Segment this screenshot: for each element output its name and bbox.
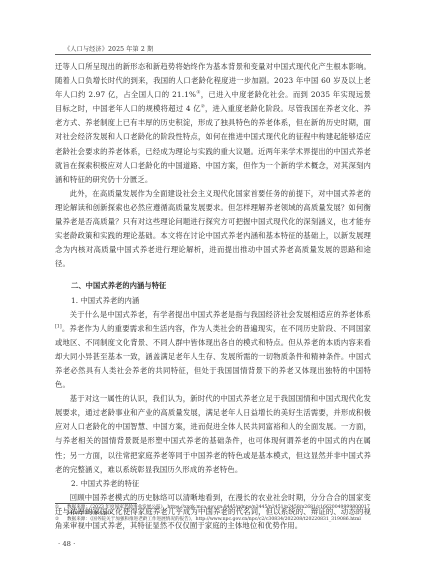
article-body: 迁等人口所呈现出的新形态和新趋势将始终作为基本背景和变量对中国式现代化产生根本影… [55,60,371,533]
paragraph-text: 。养老作为人的重要需求和生活内容，作为人类社会的普遍现实，在不同历史阶段、不同国… [55,324,371,389]
footnote-rule [55,503,137,504]
header-rule [55,54,371,55]
citation-ref-1[interactable]: [1] [55,324,62,329]
subsection-heading-1: 1. 中国式养老的内涵 [55,294,371,308]
paragraph: 此外，在高质量发展作为全面建设社会主义现代化国家首要任务的前提下，对中国式养老的… [55,187,371,272]
page-number: · 48 · [58,540,75,548]
footnote-mark: ② [55,517,67,523]
footnote-2: ② 数据来源：《国务院关于加强和推进老龄工作进展情况的报告》，http://ww… [55,517,371,523]
footnote-mark: ① [55,505,67,517]
subsection-heading-2: 2. 中国式养老的特征 [55,477,371,491]
paragraph: 基于对这一属性的认识，我们认为，新时代的中国式养老立足于我国国情和中国式现代化发… [55,392,371,477]
paragraph-text: ，进入重度老龄化阶段。尽管我国在养老文化、养老方式、养老制度上已有丰厚的历史积淀… [55,104,371,183]
paragraph-text: 关于什么是中国式养老，有学者提出中国式养老是指与我国经济社会发展相适应的养老体系 [70,310,371,319]
footnote-text: 数据来源：《2023 年度国家老龄事业发展公报》，https://xxgk.mc… [67,505,371,517]
section-heading: 二、中国式养老的内涵与特征 [55,279,371,293]
running-head: 《人口与经济》2025 年第 2 期 [64,44,153,53]
footnote-text: 数据来源：《国务院关于加强和推进老龄工作进展情况的报告》，http://www.… [67,517,371,523]
paragraph-continuation: 迁等人口所呈现出的新形态和新趋势将始终作为基本背景和变量对中国式现代化产生根本影… [55,60,371,187]
paragraph: 关于什么是中国式养老，有学者提出中国式养老是指与我国经济社会发展相适应的养老体系… [55,308,371,393]
footnote-1: ① 数据来源：《2023 年度国家老龄事业发展公报》，https://xxgk.… [55,505,371,517]
footnotes: ① 数据来源：《2023 年度国家老龄事业发展公报》，https://xxgk.… [55,505,371,523]
